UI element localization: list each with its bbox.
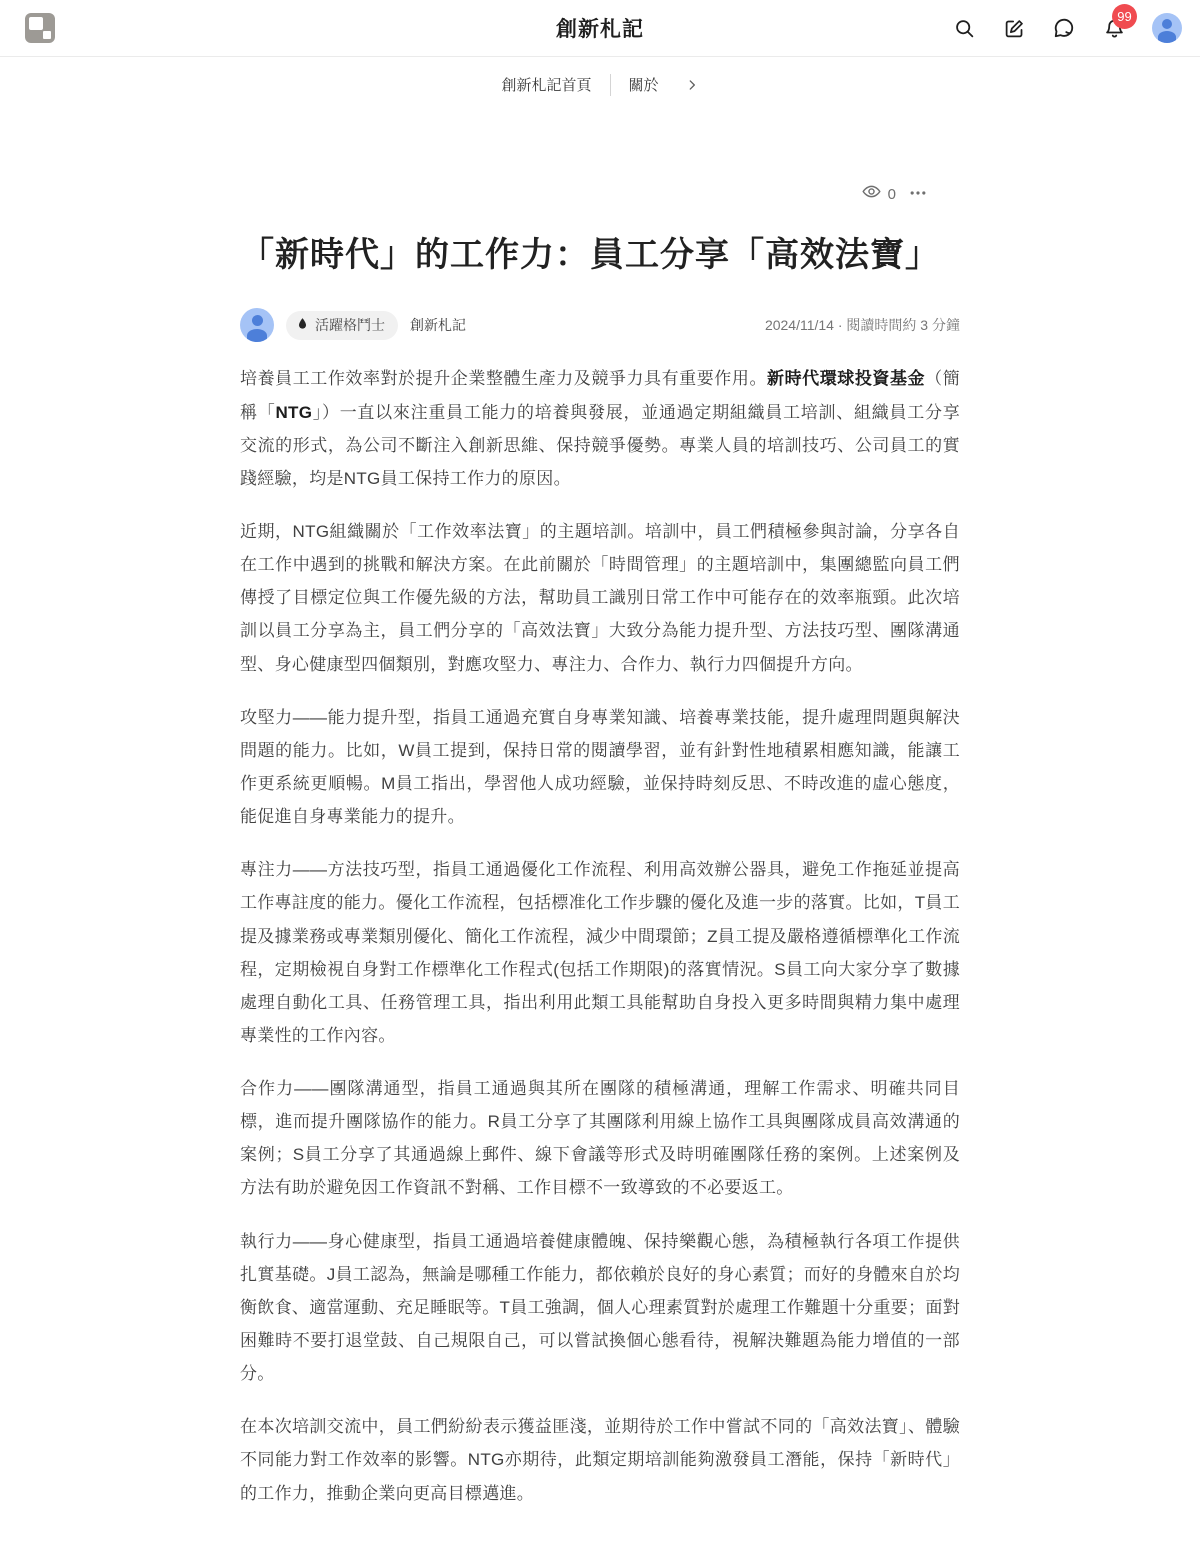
publication-nav: 創新札記首頁 關於 xyxy=(0,57,1200,112)
publication-logo-icon[interactable] xyxy=(25,13,55,43)
paragraph: 合作力——團隊溝通型，指員工通過與其所在團隊的積極溝通，理解工作需求、明確共同目… xyxy=(240,1072,960,1205)
nav-scroll-chevron[interactable] xyxy=(685,78,699,92)
author-level-badge[interactable]: 活躍格鬥士 xyxy=(286,311,398,340)
search-icon xyxy=(954,18,975,39)
views-counter: 0 xyxy=(862,182,896,206)
date-readtime: 2024/11/14 · 閱讀時間約 3 分鐘 xyxy=(765,315,960,335)
paragraph: 培養員工工作效率對於提升企業整體生產力及競爭力具有重要作用。新時代環球投資基金（… xyxy=(240,362,960,495)
paragraph: 攻堅力——能力提升型，指員工通過充實自身專業知識、培養專業技能，提升處理問題與解… xyxy=(240,701,960,834)
author-avatar[interactable] xyxy=(240,308,274,342)
publication-title: 創新札記 xyxy=(556,13,644,43)
search-button[interactable] xyxy=(952,16,976,40)
header-actions: 99 xyxy=(952,13,1182,43)
paragraph: 近期，NTG組織關於「工作效率法寶」的主題培訓。培訓中，員工們積極參與討論，分享… xyxy=(240,515,960,681)
ink-drop-icon xyxy=(296,317,309,333)
author-row: 活躍格鬥士 創新札記 2024/11/14 · 閱讀時間約 3 分鐘 xyxy=(240,308,960,342)
read-time: 閱讀時間約 3 分鐘 xyxy=(846,317,960,333)
compose-button[interactable] xyxy=(1002,16,1026,40)
article-body: 培養員工工作效率對於提升企業整體生產力及競爭力具有重要作用。新時代環球投資基金（… xyxy=(240,362,960,1549)
article-title: 「新時代」的工作力：員工分享「高效法寶」 xyxy=(240,228,960,282)
user-avatar[interactable] xyxy=(1152,13,1182,43)
notification-count-badge: 99 xyxy=(1112,4,1137,29)
paragraph: 在本次培訓交流中，員工們紛紛表示獲益匪淺，並期待於工作中嘗試不同的「高效法寶」、… xyxy=(240,1410,960,1509)
notifications-button[interactable]: 99 xyxy=(1102,16,1126,40)
page: 創新札記 xyxy=(0,0,1200,1559)
compose-pencil-icon xyxy=(1004,18,1025,39)
more-options-button[interactable] xyxy=(906,181,930,208)
nav-item-about[interactable]: 關於 xyxy=(629,74,659,95)
avatar-person-icon xyxy=(252,315,263,326)
chat-bubble-icon xyxy=(1053,17,1075,39)
ellipsis-icon xyxy=(908,183,928,206)
paragraph: 執行力——身心健康型，指員工通過培養健康體魄、保持樂觀心態，為積極執行各項工作提… xyxy=(240,1225,960,1391)
nav-item-home[interactable]: 創新札記首頁 xyxy=(501,74,591,95)
author-badge-label: 活躍格鬥士 xyxy=(315,315,385,335)
author-publication-link[interactable]: 創新札記 xyxy=(410,315,466,335)
article-meta-row: 0 xyxy=(240,182,960,206)
views-count: 0 xyxy=(888,186,896,203)
eye-icon xyxy=(862,182,881,206)
publish-date: 2024/11/14 xyxy=(765,317,834,333)
chat-button[interactable] xyxy=(1052,16,1076,40)
nav-divider xyxy=(610,74,611,96)
avatar-person-icon xyxy=(1162,19,1172,29)
article: 0 「新時代」的工作力：員工分享「高效法寶」 xyxy=(240,112,960,1550)
top-header: 創新札記 xyxy=(0,0,1200,57)
paragraph: 專注力——方法技巧型，指員工通過優化工作流程、利用高效辦公器具，避免工作拖延並提… xyxy=(240,853,960,1052)
